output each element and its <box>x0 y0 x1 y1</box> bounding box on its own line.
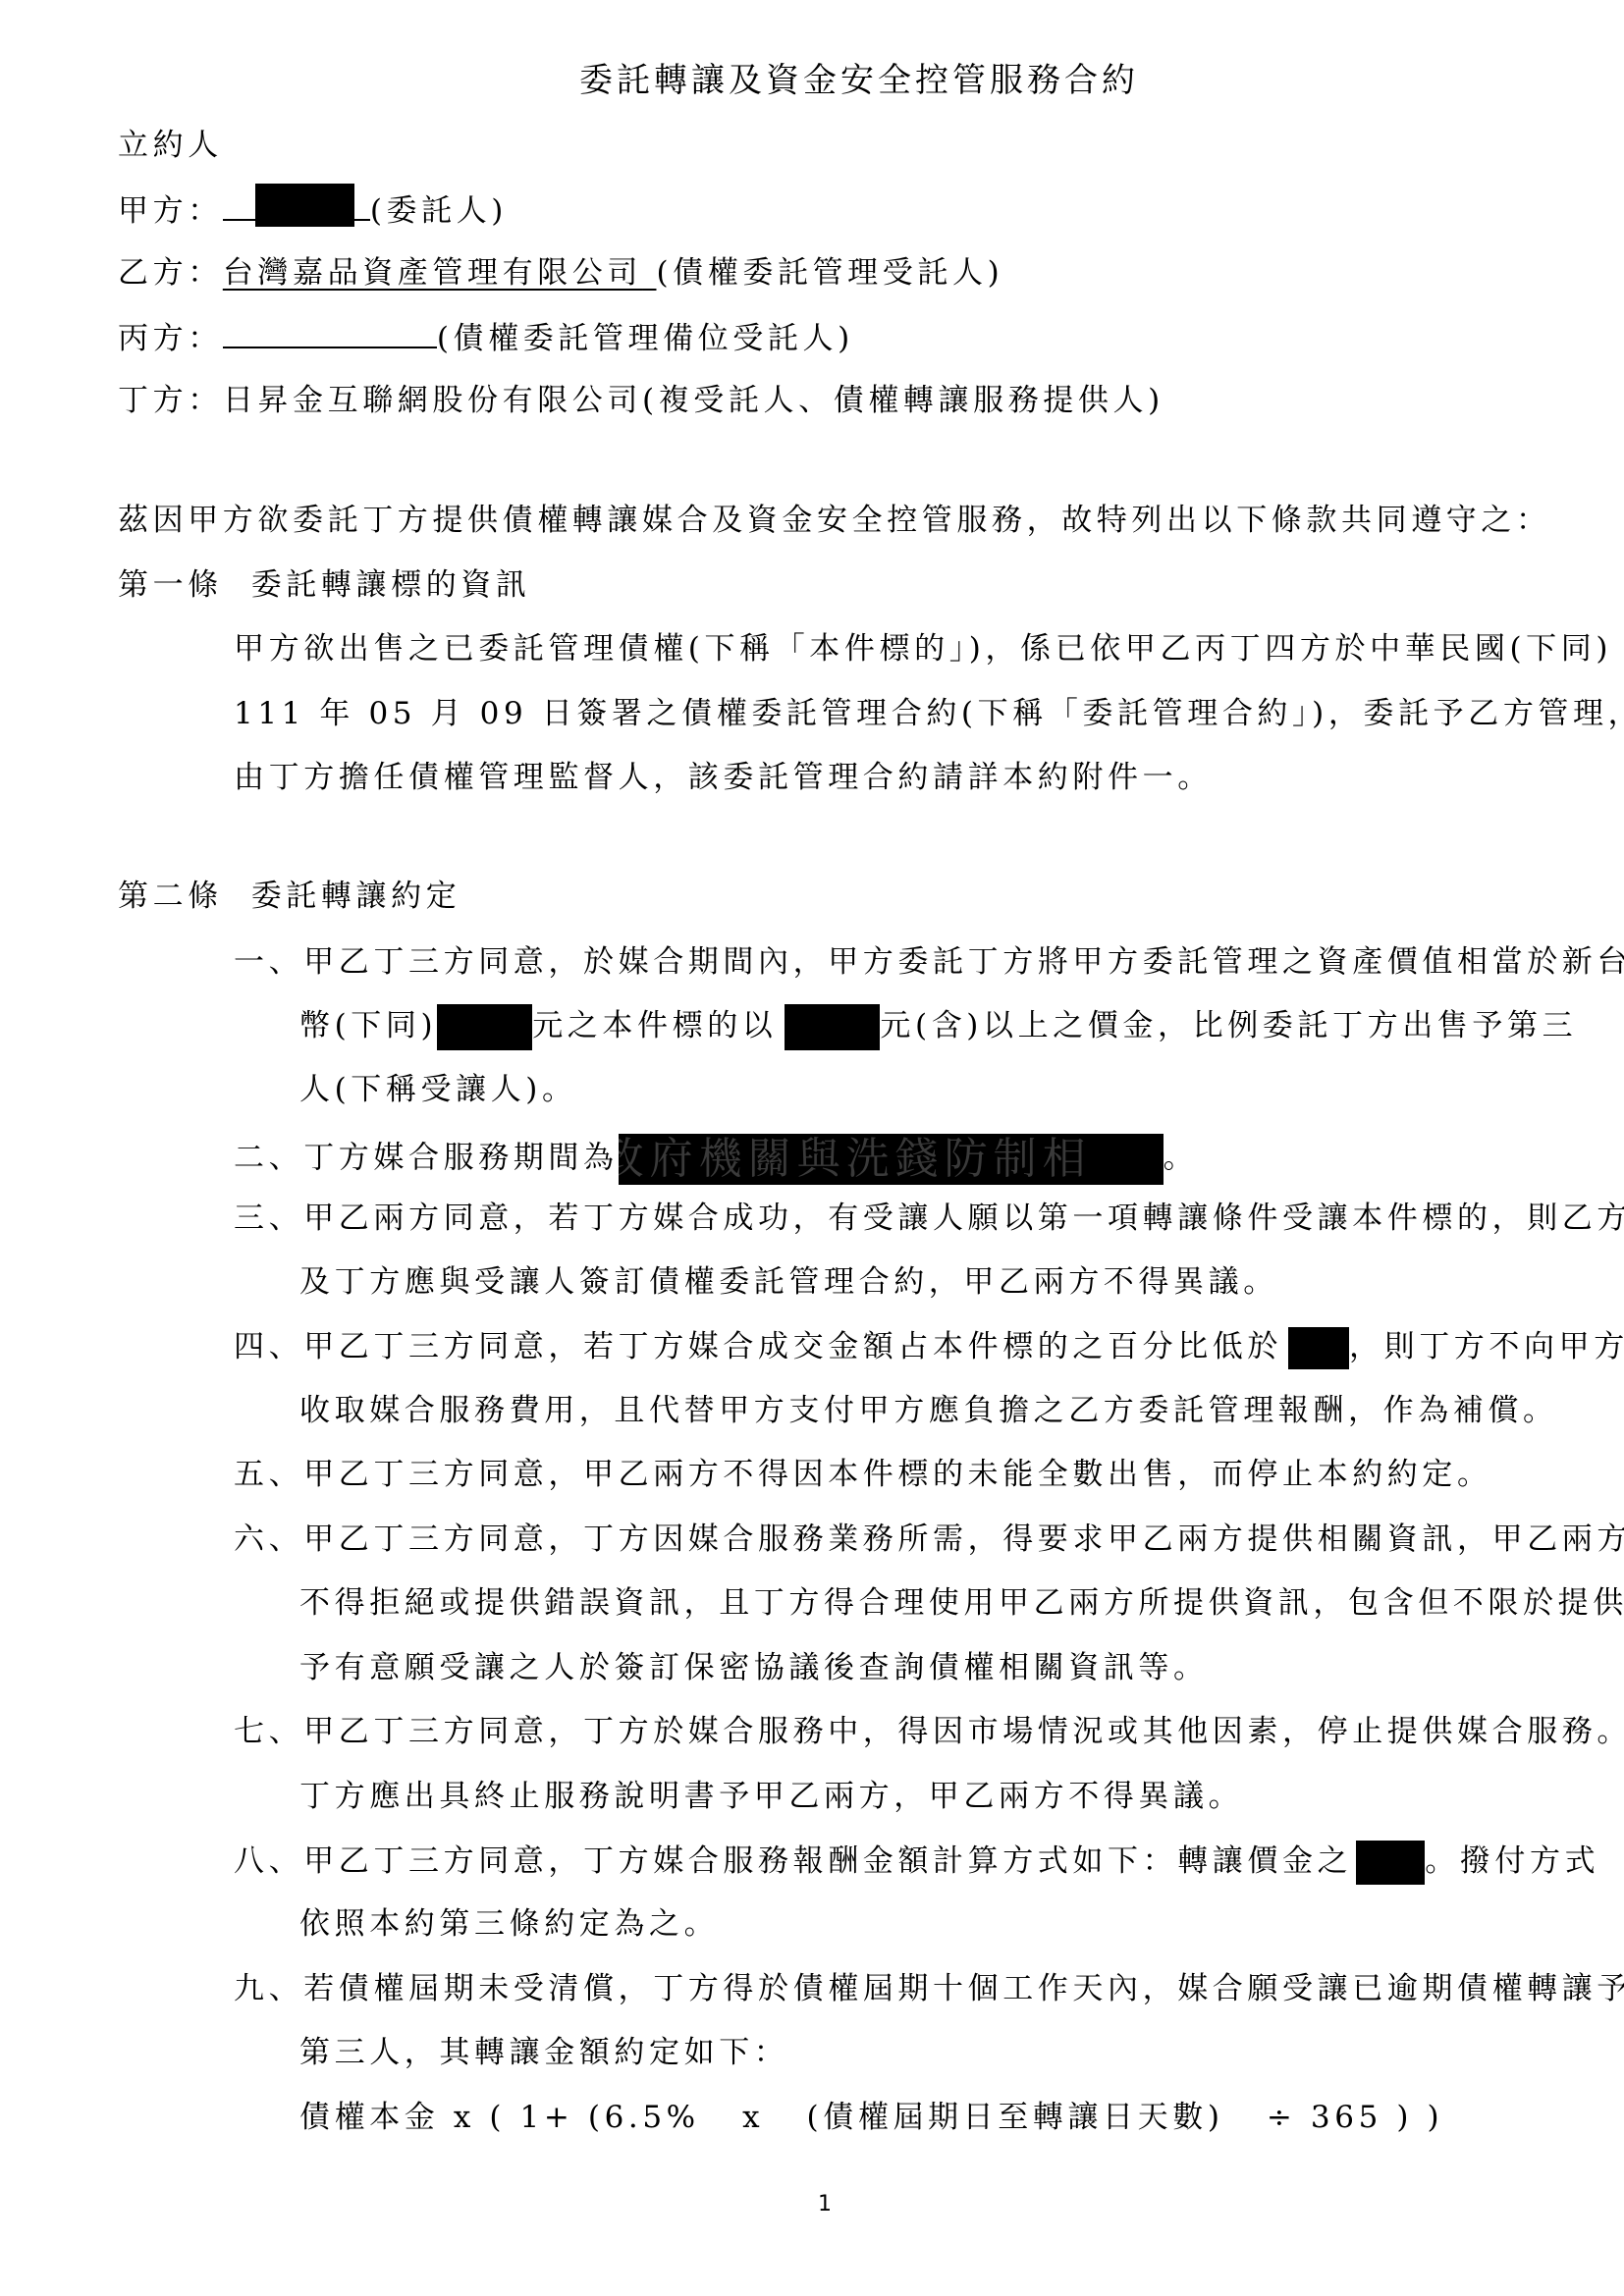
clause-8-line-2: 依照本約第三條約定為之。 <box>299 1904 719 1944</box>
party-a-role: (委託人) <box>370 193 508 229</box>
clause-text: 幣(下同) <box>299 1008 437 1043</box>
document-title: 委託轉讓及資金安全控管服務合約 <box>579 61 1139 100</box>
clause-number: 七、 <box>234 1714 303 1749</box>
clause-1-line-3: 人(下稱受讓人)。 <box>299 1070 577 1109</box>
party-b-line: 乙方：台灣嘉品資產管理有限公司 (債權委託管理受託人) <box>118 253 1003 293</box>
redaction-box <box>785 1004 880 1050</box>
clause-7-line-2: 丁方應出具終止服務說明書予甲乙兩方，甲乙兩方不得異議。 <box>299 1777 1243 1816</box>
clause-text: 甲乙丁三方同意，於媒合期間內，甲方委託丁方將甲方委託管理之資產價值相當於新台 <box>303 944 1624 980</box>
redaction-box <box>1356 1841 1425 1885</box>
clause-number: 六、 <box>234 1522 303 1557</box>
clause-text: 丁方媒合服務期間為 <box>303 1141 618 1176</box>
clause-number: 九、 <box>234 1971 303 2006</box>
redaction-box <box>437 1004 532 1050</box>
clause-7-line-1: 七、甲乙丁三方同意，丁方於媒合服務中，得因市場情況或其他因素，停止提供媒合服務。 <box>234 1712 1624 1751</box>
transfer-amount-formula: 債權本金 x ( 1+ (6.5% x (債權屆期日至轉讓日天數) ÷ 365 … <box>299 2098 1443 2137</box>
clause-number: 一、 <box>234 944 303 980</box>
clause-number: 三、 <box>234 1201 303 1236</box>
redaction-box <box>1288 1327 1349 1369</box>
clause-text: 甲乙兩方同意，若丁方媒合成功，有受讓人願以第一項轉讓條件受讓本件標的，則乙方 <box>303 1201 1624 1236</box>
clause-4-line-1: 四、甲乙丁三方同意，若丁方媒合成交金額占本件標的之百分比低於，則丁方不向甲方 <box>234 1327 1624 1366</box>
party-b-name: 台灣嘉品資產管理有限公司 <box>223 255 642 291</box>
clause-4-line-2: 收取媒合服務費用，且代替甲方支付甲方應負擔之乙方委託管理報酬，作為補償。 <box>299 1391 1558 1430</box>
party-a-name-field <box>223 189 370 221</box>
party-a-line: 甲方：(委託人) <box>118 189 508 229</box>
party-b-label: 乙方： <box>118 255 223 291</box>
party-c-line: 丙方：(債權委託管理備位受託人) <box>118 317 854 356</box>
clause-text: 若債權屆期未受清償，丁方得於債權屆期十個工作天內，媒合願受讓已逾期債權轉讓予 <box>303 1971 1624 2006</box>
redaction-box: 政府機關與洗錢防制相 <box>619 1134 1164 1185</box>
clause-text: 甲乙丁三方同意，丁方媒合服務報酬金額計算方式如下：轉讓價金之 <box>303 1843 1352 1879</box>
clause-text: 甲乙丁三方同意，若丁方媒合成交金額占本件標的之百分比低於 <box>303 1329 1282 1364</box>
clause-3-line-2: 及丁方應與受讓人簽訂債權委託管理合約，甲乙兩方不得異議。 <box>299 1262 1278 1302</box>
preamble: 茲因甲方欲委託丁方提供債權轉讓媒合及資金安全控管服務，故特列出以下條款共同遵守之… <box>118 501 1551 540</box>
party-b-role: (債權委託管理受託人) <box>656 255 1003 291</box>
clause-number: 八、 <box>234 1843 303 1879</box>
clause-text: 。 <box>1164 1141 1199 1176</box>
clause-text: 甲乙丁三方同意，丁方於媒合服務中，得因市場情況或其他因素，停止提供媒合服務。 <box>303 1714 1624 1749</box>
party-c-name-field <box>223 317 437 348</box>
party-d-label: 丁方： <box>118 383 223 418</box>
clause-1-line-2: 幣(下同)元之本件標的以元(含)以上之價金，比例委託丁方出售予第三 <box>299 1004 1577 1043</box>
clause-text: 。撥付方式 <box>1425 1843 1599 1879</box>
clause-9-line-2: 第三人，其轉讓金額約定如下： <box>299 2033 788 2072</box>
clause-6-line-2: 不得拒絕或提供錯誤資訊，且丁方得合理使用甲乙兩方所提供資訊，包含但不限於提供 <box>299 1583 1624 1623</box>
clause-number: 五、 <box>234 1457 303 1492</box>
party-d-name: 日昇金互聯網股份有限公司 <box>223 383 642 418</box>
party-b-underline-pad <box>642 255 656 291</box>
page-number: 1 <box>818 2192 832 2216</box>
party-d-role: (複受託人、債權轉讓服務提供人) <box>642 383 1164 418</box>
parties-heading: 立約人 <box>118 126 223 165</box>
article-1-line-2: 111 年 05 月 09 日簽署之債權委託管理合約(下稱「委託管理合約」)，委… <box>234 694 1624 733</box>
party-c-label: 丙方： <box>118 321 223 356</box>
clause-text: 元之本件標的以 <box>532 1008 777 1043</box>
article-1-line-3: 由丁方擔任債權管理監督人，該委託管理合約請詳本約附件一。 <box>234 758 1213 797</box>
clause-1-line-1: 一、甲乙丁三方同意，於媒合期間內，甲方委託丁方將甲方委託管理之資產價值相當於新台 <box>234 942 1624 982</box>
clause-6-line-3: 予有意願受讓之人於簽訂保密協議後查詢債權相關資訊等。 <box>299 1648 1209 1687</box>
clause-text: 甲乙丁三方同意，甲乙兩方不得因本件標的未能全數出售，而停止本約約定。 <box>303 1457 1491 1492</box>
clause-5-line-1: 五、甲乙丁三方同意，甲乙兩方不得因本件標的未能全數出售，而停止本約約定。 <box>234 1455 1492 1494</box>
party-a-label: 甲方： <box>118 193 223 229</box>
party-d-line: 丁方：日昇金互聯網股份有限公司(複受託人、債權轉讓服務提供人) <box>118 381 1164 420</box>
clause-9-line-1: 九、若債權屆期未受清償，丁方得於債權屆期十個工作天內，媒合願受讓已逾期債權轉讓予 <box>234 1969 1624 2008</box>
clause-number: 四、 <box>234 1329 303 1364</box>
redaction-box <box>255 184 354 227</box>
party-c-role: (債權委託管理備位受託人) <box>437 321 854 356</box>
clause-6-line-1: 六、甲乙丁三方同意，丁方因媒合服務業務所需，得要求甲乙兩方提供相關資訊，甲乙兩方 <box>234 1520 1624 1559</box>
redaction-overlay-text: 政府機關與洗錢防制相 <box>619 1134 1164 1185</box>
article-1-line-1: 甲方欲出售之已委託管理債權(下稱「本件標的」)，係已依甲乙丙丁四方於中華民國(下… <box>234 629 1612 668</box>
clause-number: 二、 <box>234 1141 303 1176</box>
article-2-heading: 第二條 委託轉讓約定 <box>118 877 460 916</box>
clause-8-line-1: 八、甲乙丁三方同意，丁方媒合服務報酬金額計算方式如下：轉讓價金之。撥付方式 <box>234 1841 1599 1880</box>
clause-text: 甲乙丁三方同意，丁方因媒合服務業務所需，得要求甲乙兩方提供相關資訊，甲乙兩方 <box>303 1522 1624 1557</box>
clause-text: 元(含)以上之價金，比例委託丁方出售予第三 <box>880 1008 1577 1043</box>
article-1-heading: 第一條 委託轉讓標的資訊 <box>118 565 531 605</box>
clause-2-line-1: 二、丁方媒合服務期間為政府機關與洗錢防制相。 <box>234 1134 1198 1173</box>
clause-3-line-1: 三、甲乙兩方同意，若丁方媒合成功，有受讓人願以第一項轉讓條件受讓本件標的，則乙方 <box>234 1199 1624 1238</box>
clause-text: ，則丁方不向甲方 <box>1349 1329 1624 1364</box>
